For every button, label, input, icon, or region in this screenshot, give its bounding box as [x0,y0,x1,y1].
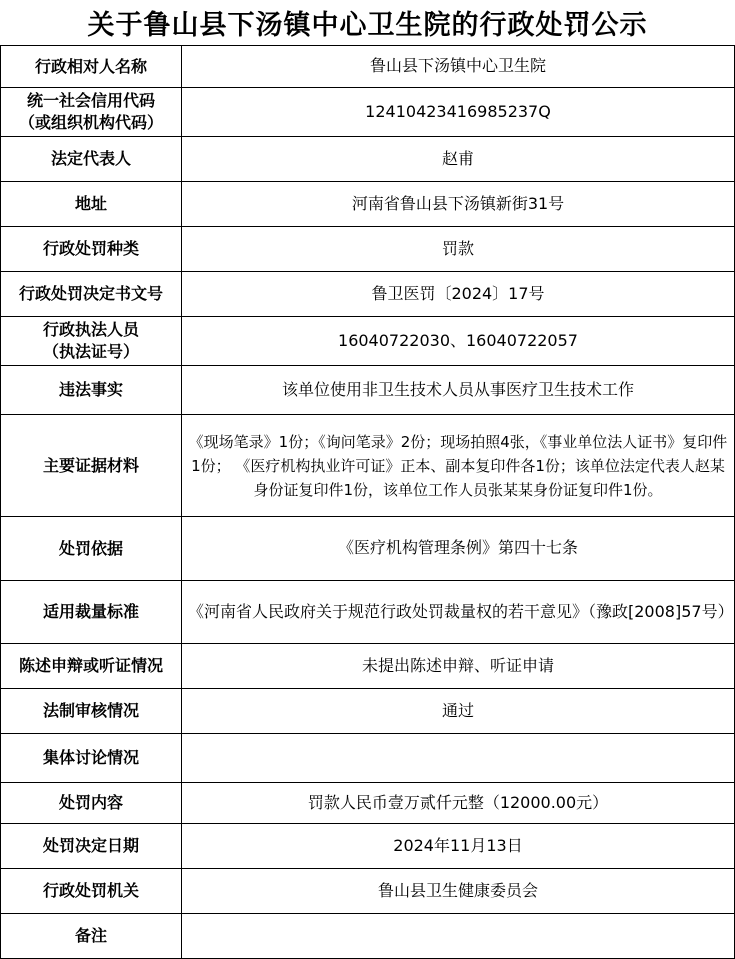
row-value-remarks [182,914,735,959]
table-row: 备注 [1,914,735,959]
table-row: 处罚依据 《医疗机构管理条例》第四十七条 [1,517,735,581]
row-label-illegal-facts: 违法事实 [1,366,182,415]
table-row: 适用裁量标准 《河南省人民政府关于规范行政处罚裁量权的若干意见》（豫政[2008… [1,581,735,644]
row-value-evidence-materials: 《现场笔录》1份；《询问笔录》2份；现场拍照4张，《事业单位法人证书》复印件1份… [182,415,735,517]
row-value-enforcement-officers: 16040722030、16040722057 [182,317,735,366]
row-label-penalty-type: 行政处罚种类 [1,227,182,272]
row-value-credit-code: 12410423416985237Q [182,88,735,137]
row-value-decision-doc-number: 鲁卫医罚〔2024〕17号 [182,272,735,317]
row-label-remarks: 备注 [1,914,182,959]
table-row: 法制审核情况 通过 [1,689,735,734]
row-value-subject-name: 鲁山县下汤镇中心卫生院 [182,46,735,88]
row-label-statement-hearing: 陈述申辩或听证情况 [1,644,182,689]
table-row: 主要证据材料 《现场笔录》1份；《询问笔录》2份；现场拍照4张，《事业单位法人证… [1,415,735,517]
row-label-credit-code: 统一社会信用代码 （或组织机构代码） [1,88,182,137]
row-label-decision-date: 处罚决定日期 [1,824,182,869]
table-row: 行政处罚种类 罚款 [1,227,735,272]
row-label-discretion-standard: 适用裁量标准 [1,581,182,644]
table-row: 行政执法人员 （执法证号） 16040722030、16040722057 [1,317,735,366]
row-value-penalty-content: 罚款人民币壹万贰仟元整（12000.00元） [182,783,735,824]
table-row: 处罚内容 罚款人民币壹万贰仟元整（12000.00元） [1,783,735,824]
row-value-penalty-authority: 鲁山县卫生健康委员会 [182,869,735,914]
row-value-penalty-basis: 《医疗机构管理条例》第四十七条 [182,517,735,581]
table-row: 陈述申辩或听证情况 未提出陈述申辩、听证申请 [1,644,735,689]
row-value-statement-hearing: 未提出陈述申辩、听证申请 [182,644,735,689]
table-row: 法定代表人 赵甫 [1,137,735,182]
row-value-address: 河南省鲁山县下汤镇新街31号 [182,182,735,227]
row-label-address: 地址 [1,182,182,227]
row-value-legal-review: 通过 [182,689,735,734]
row-label-enforcement-officers: 行政执法人员 （执法证号） [1,317,182,366]
table-row: 行政相对人名称 鲁山县下汤镇中心卫生院 [1,46,735,88]
row-label-decision-doc-number: 行政处罚决定书文号 [1,272,182,317]
row-value-discretion-standard: 《河南省人民政府关于规范行政处罚裁量权的若干意见》（豫政[2008]57号） [182,581,735,644]
page-title: 关于鲁山县下汤镇中心卫生院的行政处罚公示 [0,0,735,45]
row-label-penalty-basis: 处罚依据 [1,517,182,581]
row-label-penalty-authority: 行政处罚机关 [1,869,182,914]
table-row: 统一社会信用代码 （或组织机构代码） 12410423416985237Q [1,88,735,137]
penalty-announcement-page: 关于鲁山县下汤镇中心卫生院的行政处罚公示 行政相对人名称 鲁山县下汤镇中心卫生院… [0,0,735,959]
table-row: 集体讨论情况 [1,734,735,783]
row-label-legal-representative: 法定代表人 [1,137,182,182]
table-row: 行政处罚决定书文号 鲁卫医罚〔2024〕17号 [1,272,735,317]
row-label-collective-discussion: 集体讨论情况 [1,734,182,783]
row-label-subject-name: 行政相对人名称 [1,46,182,88]
row-value-legal-representative: 赵甫 [182,137,735,182]
row-value-penalty-type: 罚款 [182,227,735,272]
penalty-table: 行政相对人名称 鲁山县下汤镇中心卫生院 统一社会信用代码 （或组织机构代码） 1… [0,45,735,959]
table-row: 地址 河南省鲁山县下汤镇新街31号 [1,182,735,227]
row-value-illegal-facts: 该单位使用非卫生技术人员从事医疗卫生技术工作 [182,366,735,415]
row-label-penalty-content: 处罚内容 [1,783,182,824]
row-label-evidence-materials: 主要证据材料 [1,415,182,517]
row-value-decision-date: 2024年11月13日 [182,824,735,869]
table-row: 行政处罚机关 鲁山县卫生健康委员会 [1,869,735,914]
table-row: 处罚决定日期 2024年11月13日 [1,824,735,869]
row-label-legal-review: 法制审核情况 [1,689,182,734]
row-value-collective-discussion [182,734,735,783]
table-row: 违法事实 该单位使用非卫生技术人员从事医疗卫生技术工作 [1,366,735,415]
